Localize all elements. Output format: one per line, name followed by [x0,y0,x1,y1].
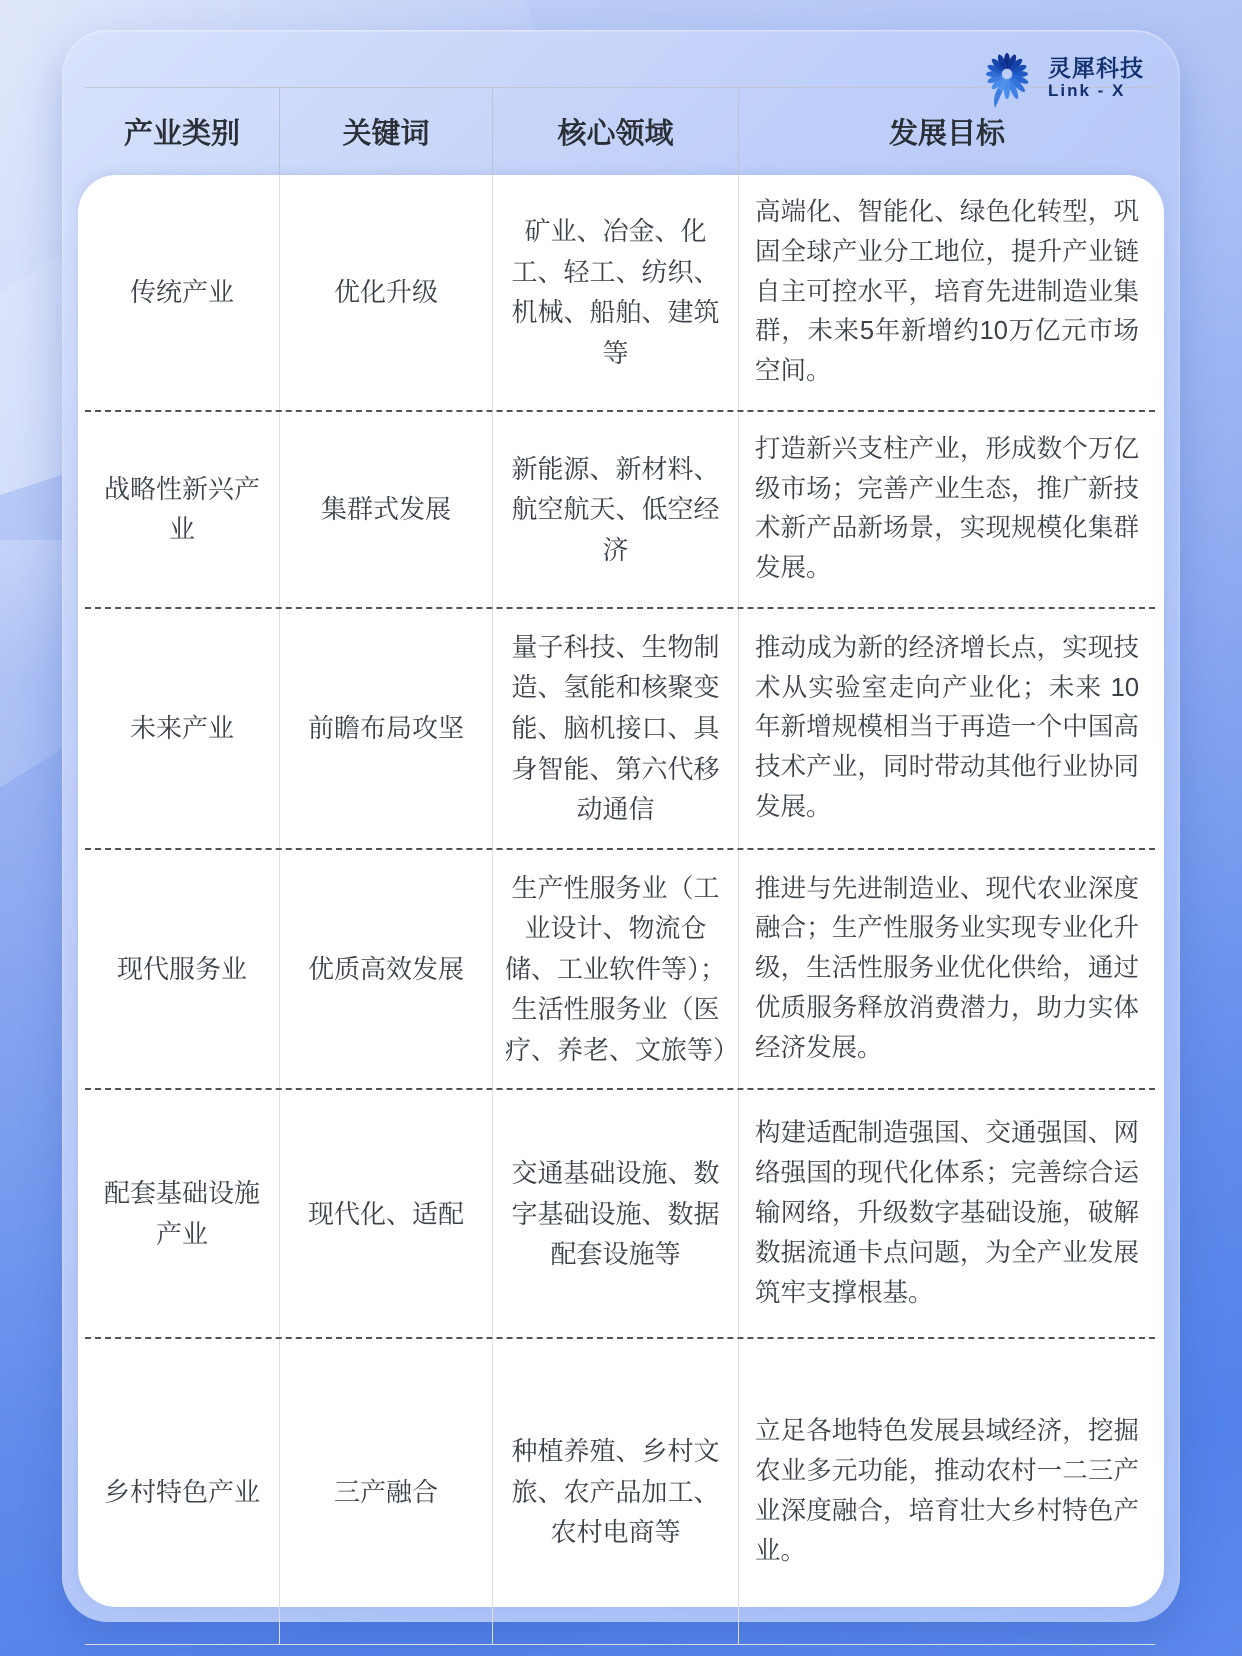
table-row: 乡村特色产业 三产融合 种植养殖、乡村文旅、农产品加工、农村电商等 立足各地特色… [85,1337,1155,1644]
cell-core: 交通基础设施、数字基础设施、数据配套设施等 [493,1090,739,1337]
cell-goal: 推进与先进制造业、现代农业深度融合；生产性服务业实现专业化升级，生活性服务业优化… [739,850,1155,1089]
table-body: 传统产业 优化升级 矿业、冶金、化工、轻工、纺织、机械、船舶、建筑等 高端化、智… [85,175,1155,1645]
cell-goal: 推动成为新的经济增长点，实现技术从实验室走向产业化；未来 10 年新增规模相当于… [739,609,1155,848]
table-row: 战略性新兴产业 集群式发展 新能源、新材料、航空航天、低空经济 打造新兴支柱产业… [85,410,1155,607]
cell-category: 战略性新兴产业 [85,412,280,607]
cell-goal: 立足各地特色发展县域经济，挖掘农业多元功能，推动农村一二三产业深度融合，培育壮大… [739,1339,1155,1644]
cell-category: 传统产业 [85,175,280,410]
cell-category: 乡村特色产业 [85,1339,280,1644]
cell-keyword: 优化升级 [280,175,493,410]
cell-keyword: 现代化、适配 [280,1090,493,1337]
cell-core: 种植养殖、乡村文旅、农产品加工、农村电商等 [493,1339,739,1644]
cell-goal: 打造新兴支柱产业，形成数个万亿级市场；完善产业生态，推广新技术新产品新场景，实现… [739,412,1155,607]
cell-goal: 构建适配制造强国、交通强国、网络强国的现代化体系；完善综合运输网络，升级数字基础… [739,1090,1155,1337]
logo-company-name: 灵犀科技 [1048,56,1144,82]
cell-keyword: 前瞻布局攻坚 [280,609,493,848]
table-row: 未来产业 前瞻布局攻坚 量子科技、生物制造、氢能和核聚变能、脑机接口、具身智能、… [85,607,1155,848]
table-row: 现代服务业 优质高效发展 生产性服务业（工业设计、物流仓储、工业软件等）；生活性… [85,848,1155,1089]
table-row: 传统产业 优化升级 矿业、冶金、化工、轻工、纺织、机械、船舶、建筑等 高端化、智… [85,175,1155,410]
outer-card: 灵犀科技 Link - X 产业类别 关键词 核心领域 发展目标 传统产业 优化… [62,30,1180,1622]
cell-category: 配套基础设施产业 [85,1090,280,1337]
cell-category: 现代服务业 [85,850,280,1089]
cell-keyword: 三产融合 [280,1339,493,1644]
header-cell-keyword: 关键词 [280,88,493,175]
cell-core: 生产性服务业（工业设计、物流仓储、工业软件等）；生活性服务业（医疗、养老、文旅等… [493,850,739,1089]
cell-goal: 高端化、智能化、绿色化转型，巩固全球产业分工地位，提升产业链自主可控水平，培育先… [739,175,1155,410]
cell-core: 量子科技、生物制造、氢能和核聚变能、脑机接口、具身智能、第六代移动通信 [493,609,739,848]
header-cell-category: 产业类别 [85,88,280,175]
radial-burst-icon [976,42,1038,114]
logo-text: 灵犀科技 Link - X [1048,56,1144,101]
page-background: { "logo": { "company_cn": "灵犀科技", "compa… [0,0,1242,1656]
cell-category: 未来产业 [85,609,280,848]
brand-logo: 灵犀科技 Link - X [976,42,1144,114]
table-row: 配套基础设施产业 现代化、适配 交通基础设施、数字基础设施、数据配套设施等 构建… [85,1088,1155,1337]
logo-company-en: Link - X [1048,81,1144,100]
header-cell-core: 核心领域 [493,88,739,175]
cell-keyword: 集群式发展 [280,412,493,607]
cell-core: 矿业、冶金、化工、轻工、纺织、机械、船舶、建筑等 [493,175,739,410]
cell-core: 新能源、新材料、航空航天、低空经济 [493,412,739,607]
cell-keyword: 优质高效发展 [280,850,493,1089]
